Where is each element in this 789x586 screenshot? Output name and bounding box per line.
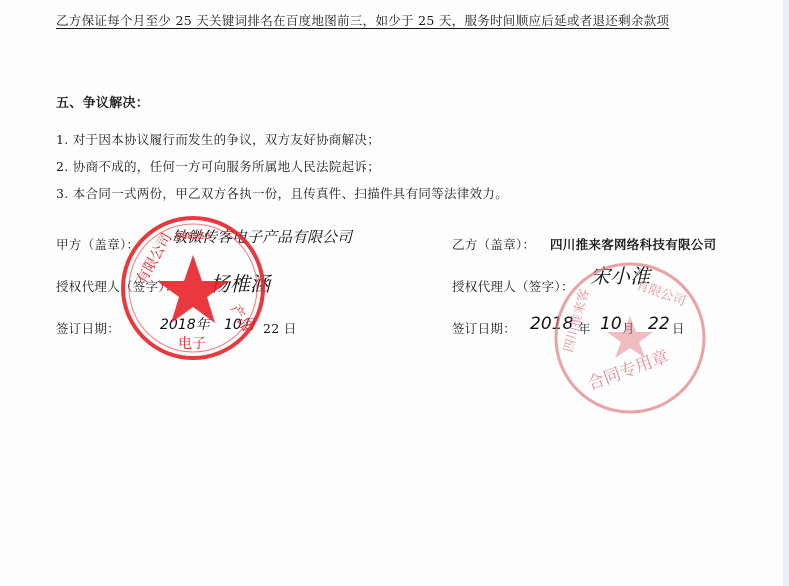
party-a-company-handwritten: 敏微传客电子产品有限公司 [172,226,352,247]
party-a-date-year: 2018年 [160,314,210,334]
party-a-agent-label: 授权代理人（签字）： [56,277,178,295]
party-b-agent-signature: 宋小淮 [590,260,650,289]
svg-text:电子: 电子 [178,335,206,352]
party-b-agent-label: 授权代理人（签字）： [452,277,574,295]
party-a-agent-signature: 杨椎涵 [210,268,270,297]
contract-page: 乙方保证每个月至少 25 天关键词排名在百度地图前三，如少于 25 天，服务时间… [0,0,783,586]
party-b-date-month: 10 [600,314,622,334]
party-b-seal-label: 乙方（盖章）： [452,235,535,253]
party-a-date-month: 10月 [224,314,256,334]
party-b-date-day: 22 [648,314,670,334]
party-b-date-year-suffix: 年 [578,319,591,337]
party-b-company: 四川推来客网络科技有限公司 [550,235,716,253]
party-b-date-day-suffix: 日 [672,319,685,337]
dispute-item-3: 3. 本合同一式两份，甲乙双方各执一份，且传真件、扫描件具有同等法律效力。 [56,184,508,202]
guarantee-clause: 乙方保证每个月至少 25 天关键词排名在百度地图前三，如少于 25 天，服务时间… [56,11,669,29]
party-a-date-day: 22 日 [263,319,297,337]
party-b-date-month-suffix: 月 [622,319,635,337]
party-b-date-year: 2018 [530,314,573,334]
section-five-heading: 五、争议解决： [56,92,149,111]
svg-text:合同专用章: 合同专用章 [585,346,672,395]
dispute-item-1: 1. 对于因本协议履行而发生的争议，双方友好协商解决； [56,130,380,148]
party-a-date-label: 签订日期： [56,319,120,337]
dispute-item-2: 2. 协商不成的，任何一方可向服务所属地人民法院起诉； [56,157,380,175]
party-b-date-label: 签订日期： [452,319,516,337]
party-a-seal-label: 甲方（盖章）： [56,235,139,253]
page-edge-strip [783,0,789,586]
